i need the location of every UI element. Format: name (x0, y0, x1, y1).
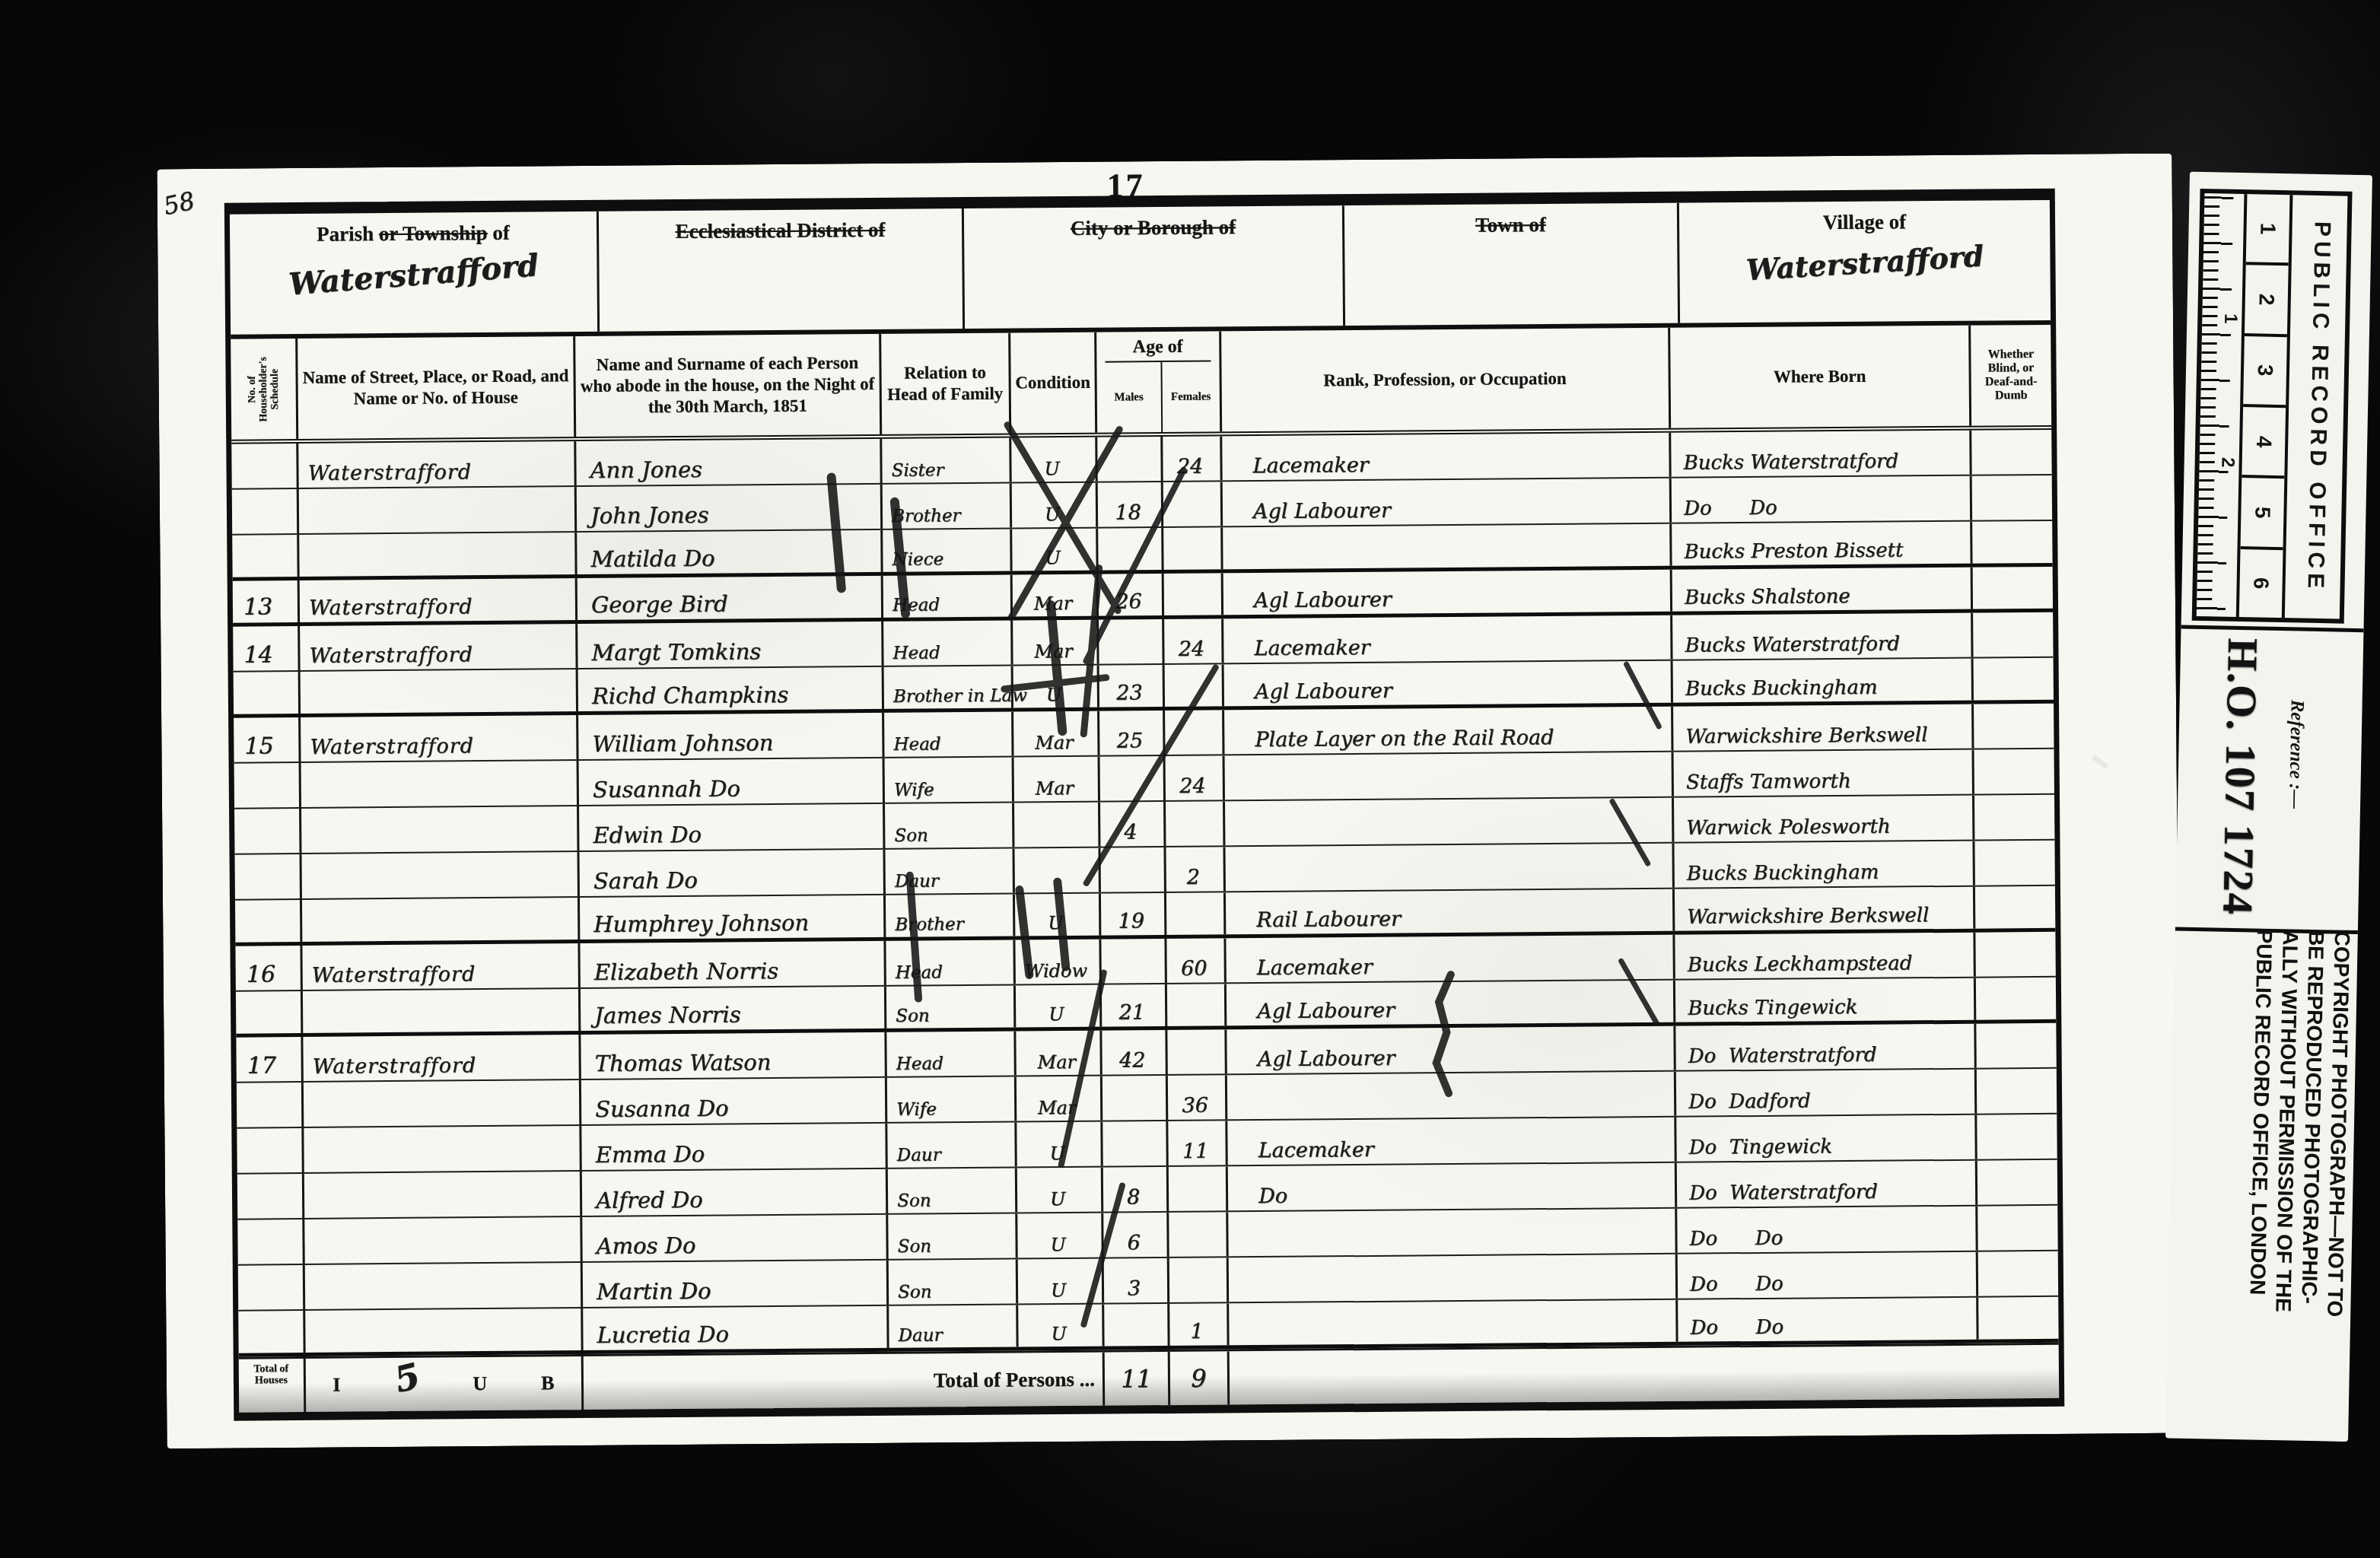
cell-street (301, 761, 579, 807)
cell-name: James Norris (581, 987, 886, 1031)
cell-relation: Wife (885, 758, 1014, 803)
cell-born: Staffs Tamworth (1674, 750, 1974, 796)
col-condition: Condition (1010, 332, 1097, 434)
cell-blind (1975, 886, 2055, 929)
cell-born: Warwick Polesworth (1674, 796, 1974, 842)
district-box: Ecclesiastical District of (599, 208, 965, 332)
cell-age-female: 2 (1166, 847, 1225, 892)
cell-street: Waterstrafford (302, 943, 580, 990)
cell-name: Susannah Do (579, 758, 885, 805)
cell-condition: Mar (1017, 1076, 1102, 1121)
cell-condition: U (1018, 1259, 1104, 1304)
cell-relation: Brother in Law (884, 666, 1013, 709)
cell-name: Emma Do (581, 1124, 887, 1170)
cell-blind (1974, 841, 2054, 886)
cell-born: Do Do (1678, 1252, 1978, 1299)
cell-occupation (1227, 1072, 1676, 1120)
cell-blind (1972, 475, 2052, 520)
cm-number: 2 (2254, 294, 2279, 306)
cm-number: 3 (2253, 364, 2277, 377)
copyright-notice: COPYRIGHT PHOTOGRAPH—NOT TOBE REPRODUCED… (2242, 929, 2355, 1432)
cell-occupation (1223, 524, 1672, 570)
cell-age-male: 6 (1103, 1213, 1169, 1258)
cell-street (299, 487, 577, 533)
district-label-struck: Ecclesiastical District of (676, 218, 886, 243)
parish-label-struck: or Township (379, 221, 488, 245)
total-houses-marks: I 5 U B (306, 1356, 584, 1412)
census-table: Parish or Township of Waterstrafford Ecc… (224, 189, 2065, 1421)
cell-born: Do Dadford (1676, 1070, 1977, 1116)
cell-relation: Head (883, 621, 1013, 666)
total-males: 11 (1105, 1352, 1171, 1406)
cell-street (304, 1126, 581, 1172)
cell-name: Susanna Do (581, 1078, 887, 1124)
uninhabited-mark: U (473, 1372, 487, 1395)
cell-relation: Daur (885, 849, 1014, 894)
cell-age-female (1166, 801, 1225, 846)
cell-age-male: 8 (1103, 1167, 1169, 1212)
inhabited-mark: I (332, 1374, 340, 1397)
census-form-sheet: 58 17 Parish or Township of Waterstraffo… (157, 154, 2181, 1449)
cm-number: 5 (2250, 506, 2274, 518)
cell-condition: U (1013, 666, 1099, 708)
cell-age-female (1169, 1258, 1229, 1302)
total-houses-label: Total of Houses (239, 1359, 307, 1413)
city-label-struck: City or Borough of (1071, 215, 1236, 240)
cell-age-female: 24 (1163, 436, 1222, 481)
cell-condition: Mar (1013, 574, 1099, 617)
col-schedule: No. of Householder's Schedule (231, 339, 298, 440)
col-street: Name of Street, Place, or Road, and Name… (297, 336, 576, 439)
cell-condition: U (1016, 985, 1102, 1028)
cell-name: Lucretia Do (583, 1306, 889, 1350)
city-box: City or Borough of (964, 205, 1345, 329)
cell-occupation: Lacemaker (1227, 1118, 1676, 1165)
inch-number-2: 2 (2216, 457, 2238, 468)
cell-relation: Son (888, 1214, 1017, 1259)
column-header-row: No. of Householder's Schedule Name of St… (231, 325, 2051, 444)
cell-occupation: Agl Labourer (1224, 661, 1673, 707)
cell-street: Waterstrafford (303, 1035, 581, 1081)
cell-age-female (1164, 573, 1223, 615)
cell-age-female (1163, 482, 1223, 526)
parish-label: Parish (317, 222, 379, 246)
cell-born: Do Do (1677, 1207, 1978, 1253)
cell-age-male (1099, 619, 1164, 664)
cell-occupation (1225, 798, 1674, 846)
cell-occupation: Rail Labourer (1226, 889, 1675, 935)
cell-born: Bucks Tingewick (1675, 978, 1976, 1022)
cell-born: Bucks Buckingham (1674, 841, 1974, 888)
cell-schedule (235, 854, 302, 899)
cell-relation: Head (884, 712, 1013, 757)
corner-scribble: 58 (161, 186, 197, 221)
cell-age-male (1100, 756, 1166, 801)
cell-occupation: Lacemaker (1223, 615, 1672, 663)
cell-condition: U (1012, 529, 1098, 571)
cell-condition (1014, 848, 1100, 893)
cell-name: Thomas Watson (581, 1032, 886, 1079)
cell-condition: Mar (1016, 1031, 1102, 1076)
cell-schedule (237, 1219, 304, 1264)
cell-age-female: 11 (1168, 1121, 1227, 1165)
cell-relation: Daur (889, 1305, 1018, 1348)
village-value: Waterstrafford (1679, 234, 2051, 291)
cell-name: Ann Jones (576, 439, 882, 485)
cell-blind (1975, 932, 2055, 977)
cell-age-female: 24 (1164, 618, 1223, 663)
cell-schedule (234, 763, 301, 808)
cell-blind (1977, 1114, 2057, 1159)
village-box: Village of Waterstrafford (1679, 200, 2051, 323)
cell-age-female (1163, 527, 1223, 570)
total-persons-label: Total of Persons ... (584, 1353, 1106, 1410)
cell-relation: Wife (887, 1077, 1017, 1122)
cell-age-male: 21 (1102, 984, 1167, 1027)
cell-age-male: 4 (1100, 802, 1166, 847)
cell-blind (1971, 430, 2051, 475)
cell-blind (1974, 795, 2054, 840)
cell-occupation: Lacemaker (1226, 935, 1675, 983)
cell-blind (1978, 1206, 2057, 1251)
cell-age-male: 19 (1101, 893, 1166, 936)
cell-born: Do Waterstratford (1677, 1161, 1978, 1207)
parish-box: Parish or Township of Waterstrafford (230, 211, 600, 335)
cell-name: Sarah Do (580, 850, 886, 896)
cell-blind (1973, 567, 2053, 609)
cell-blind (1972, 521, 2052, 564)
cell-born: Do Tingewick (1676, 1115, 1977, 1162)
cell-street: Waterstrafford (301, 715, 578, 762)
cell-blind (1978, 1160, 2057, 1205)
cell-street: Waterstrafford (300, 578, 577, 622)
cell-blind (1976, 1023, 2056, 1068)
cell-schedule (234, 672, 301, 714)
cell-street (304, 1172, 582, 1218)
cell-occupation (1229, 1254, 1678, 1302)
cell-age-female (1166, 892, 1226, 935)
cell-street (303, 989, 581, 1033)
cell-schedule (231, 444, 298, 488)
cm-number: 6 (2248, 577, 2273, 590)
parish-value: Waterstrafford (229, 243, 597, 307)
cell-name: Edwin Do (579, 804, 885, 851)
cell-street (302, 898, 580, 942)
copyright-section: COPYRIGHT PHOTOGRAPH—NOT TOBE REPRODUCED… (2165, 924, 2358, 1442)
cell-age-male (1100, 847, 1166, 892)
cell-age-male: 23 (1099, 665, 1165, 707)
cell-occupation (1228, 1209, 1677, 1257)
col-relation: Relation to Head of Family (881, 333, 1011, 434)
cell-name: Alfred Do (582, 1169, 888, 1216)
cell-occupation (1225, 844, 1674, 892)
cell-condition: U (1017, 1168, 1103, 1213)
cell-age-male: 3 (1104, 1258, 1169, 1303)
cell-relation: Head (886, 1032, 1016, 1076)
cell-occupation: Plate Layer on the Rail Road (1224, 707, 1673, 755)
cell-schedule (238, 1265, 305, 1310)
cell-age-male (1098, 528, 1163, 571)
cell-relation: Daur (887, 1123, 1017, 1168)
cell-age-male: 25 (1099, 711, 1165, 755)
cell-age-female (1167, 1029, 1227, 1074)
cell-name: Margt Tomkins (577, 622, 883, 668)
cell-street (305, 1308, 583, 1353)
females-label: Females (1162, 361, 1220, 432)
cell-street (302, 852, 580, 898)
cell-condition: U (1017, 1122, 1102, 1167)
cell-name: John Jones (577, 485, 883, 531)
col-name: Name and Surname of each Person who abod… (575, 334, 882, 437)
cell-schedule: 16 (235, 946, 302, 990)
cell-street (301, 669, 578, 714)
cm-number: 4 (2251, 435, 2276, 447)
cell-relation: Son (889, 1260, 1018, 1305)
cell-occupation: Agl Labourer (1223, 570, 1672, 615)
col-occupation: Rank, Profession, or Occupation (1221, 328, 1671, 432)
cell-born: Do Do (1678, 1298, 1978, 1342)
cell-occupation (1225, 752, 1674, 800)
cell-blind (1974, 704, 2054, 749)
cell-condition: U (1011, 437, 1097, 482)
cell-blind (1977, 1069, 2057, 1114)
cell-schedule (236, 991, 303, 1034)
town-box: Town of (1344, 203, 1680, 326)
cell-occupation: Agl Labourer (1227, 981, 1675, 1026)
cell-condition: Mar (1013, 711, 1099, 756)
cell-schedule (237, 1174, 304, 1219)
village-label: Village of (1823, 210, 1906, 234)
cell-age-male (1102, 1121, 1168, 1166)
age-of-label: Age of (1105, 332, 1211, 363)
cell-relation: Head (883, 575, 1013, 618)
census-rows: Waterstrafford Ann Jones Sister U 24 Lac… (231, 430, 2058, 1357)
inhabited-count: 5 (390, 1355, 423, 1401)
cell-age-female (1165, 710, 1224, 755)
cell-street: Waterstrafford (298, 441, 576, 488)
cell-age-female: 1 (1169, 1303, 1229, 1346)
col-born: Where Born (1670, 326, 1971, 428)
pro-reference-strip: 1 2 123456 PUBLIC RECORD OFFICE Referenc… (2165, 172, 2372, 1442)
ruler-ticks: 1 2 (2197, 193, 2245, 617)
cell-age-male (1101, 939, 1166, 984)
public-record-office-label: PUBLIC RECORD OFFICE (2297, 209, 2335, 606)
cell-born: Do Do (1672, 476, 1972, 523)
cell-name: Martin Do (583, 1261, 889, 1307)
cell-condition: Mar (1013, 620, 1099, 665)
cell-born: Bucks Buckingham (1673, 659, 1974, 703)
cell-blind (1978, 1297, 2058, 1340)
cell-name: George Bird (577, 576, 883, 620)
cell-name: Humphrey Johnson (580, 895, 886, 940)
cell-occupation: Agl Labourer (1223, 479, 1672, 526)
cell-born: Bucks Leckhampstead (1675, 933, 1975, 979)
cell-schedule: 13 (233, 580, 300, 623)
cell-condition: Mar (1014, 757, 1100, 802)
cell-born: Bucks Preston Bissett (1672, 522, 1972, 566)
cell-name: William Johnson (578, 713, 884, 759)
cell-street (301, 806, 579, 853)
totals-empty-cell (1230, 1345, 2060, 1405)
col-blind: Whether Blind, or Deaf-and-Dumb (1971, 325, 2051, 426)
cell-schedule: 14 (233, 626, 300, 671)
reference-section: Reference :— H.O. 107 1724 (2175, 625, 2364, 935)
cell-condition (1014, 803, 1100, 847)
cell-relation: Son (886, 986, 1016, 1029)
cell-schedule (232, 535, 299, 577)
cell-relation: Brother (886, 895, 1015, 937)
cell-blind (1974, 749, 2054, 794)
cell-age-male: 42 (1102, 1030, 1167, 1075)
cell-age-female (1167, 984, 1227, 1026)
building-mark: B (541, 1372, 555, 1394)
place-header-band: Parish or Township of Waterstrafford Ecc… (230, 200, 2051, 339)
inch-number-1: 1 (2219, 313, 2241, 324)
cell-condition: U (1012, 483, 1098, 528)
cell-relation: Sister (882, 438, 1011, 483)
cell-age-male (1102, 1076, 1168, 1121)
males-label: Males (1096, 362, 1162, 433)
cell-age-female: 24 (1166, 755, 1225, 800)
cell-age-female (1165, 664, 1224, 707)
cell-relation: Son (885, 803, 1014, 848)
town-label-struck: Town of (1475, 213, 1546, 237)
cell-name: Amos Do (582, 1215, 888, 1261)
cell-street (305, 1263, 583, 1309)
cell-born: Warwickshire Berkswell (1673, 704, 1974, 751)
total-females: 9 (1170, 1351, 1230, 1405)
cm-number: 1 (2255, 222, 2280, 234)
cell-schedule (238, 1311, 305, 1353)
cell-condition: Widow (1015, 940, 1101, 984)
cell-occupation (1229, 1300, 1678, 1346)
pro-ruler: 1 2 123456 PUBLIC RECORD OFFICE (2192, 189, 2353, 624)
cell-name: Elizabeth Norris (580, 941, 886, 987)
cell-occupation: Agl Labourer (1227, 1026, 1675, 1074)
photographed-census-background: 58 17 Parish or Township of Waterstraffo… (0, 0, 2380, 1558)
cell-born: Bucks Waterstratford (1672, 613, 1973, 660)
cell-age-male: 26 (1099, 574, 1164, 616)
cell-schedule (235, 900, 302, 943)
cell-blind (1976, 978, 2056, 1020)
cell-street (304, 1217, 582, 1264)
cell-born: Bucks Shalstone (1672, 568, 1973, 612)
reference-label: Reference :— (2282, 699, 2308, 844)
ruler-cm-numbers: 123456 (2236, 194, 2290, 618)
cell-age-female: 36 (1168, 1075, 1227, 1120)
cell-age-male (1097, 437, 1163, 482)
cell-blind (1974, 658, 2054, 701)
reference-stamp: H.O. 107 1724 (2211, 631, 2267, 921)
cell-born: Warwickshire Berkswell (1675, 887, 1975, 931)
cell-schedule: 15 (234, 717, 301, 762)
cell-schedule: 17 (236, 1037, 303, 1082)
cell-age-female (1169, 1212, 1228, 1257)
cell-occupation: Do (1228, 1163, 1677, 1211)
cell-born: Bucks Waterstratford (1671, 431, 1971, 477)
cell-age-female (1169, 1166, 1228, 1211)
cell-schedule (237, 1083, 304, 1127)
cell-condition: U (1018, 1305, 1104, 1347)
cell-name: Matilda Do (577, 530, 883, 574)
cell-relation: Brother (883, 484, 1012, 529)
cell-age-male: 18 (1098, 482, 1163, 527)
cell-street: Waterstrafford (300, 624, 577, 670)
cell-condition: U (1015, 894, 1101, 936)
cell-relation: Head (886, 940, 1015, 985)
cell-age-female: 60 (1166, 938, 1226, 983)
cell-age-male (1104, 1304, 1169, 1347)
cell-condition: U (1017, 1213, 1103, 1258)
cell-relation: Niece (883, 529, 1012, 572)
cell-relation: Son (888, 1168, 1017, 1213)
cell-schedule (234, 809, 301, 854)
cell-blind (1978, 1251, 2058, 1296)
cell-occupation: Lacemaker (1222, 433, 1671, 481)
cell-name: Richd Champkins (578, 667, 884, 711)
cell-blind (1973, 612, 2053, 657)
col-age: Age of Males Females (1096, 331, 1222, 432)
cell-schedule (237, 1128, 304, 1173)
cell-born: Do Waterstratford (1675, 1024, 1976, 1070)
cell-schedule (232, 489, 299, 534)
cell-street (299, 533, 577, 577)
ruler-title-column: PUBLIC RECORD OFFICE (2282, 195, 2348, 618)
cell-street (304, 1080, 581, 1127)
